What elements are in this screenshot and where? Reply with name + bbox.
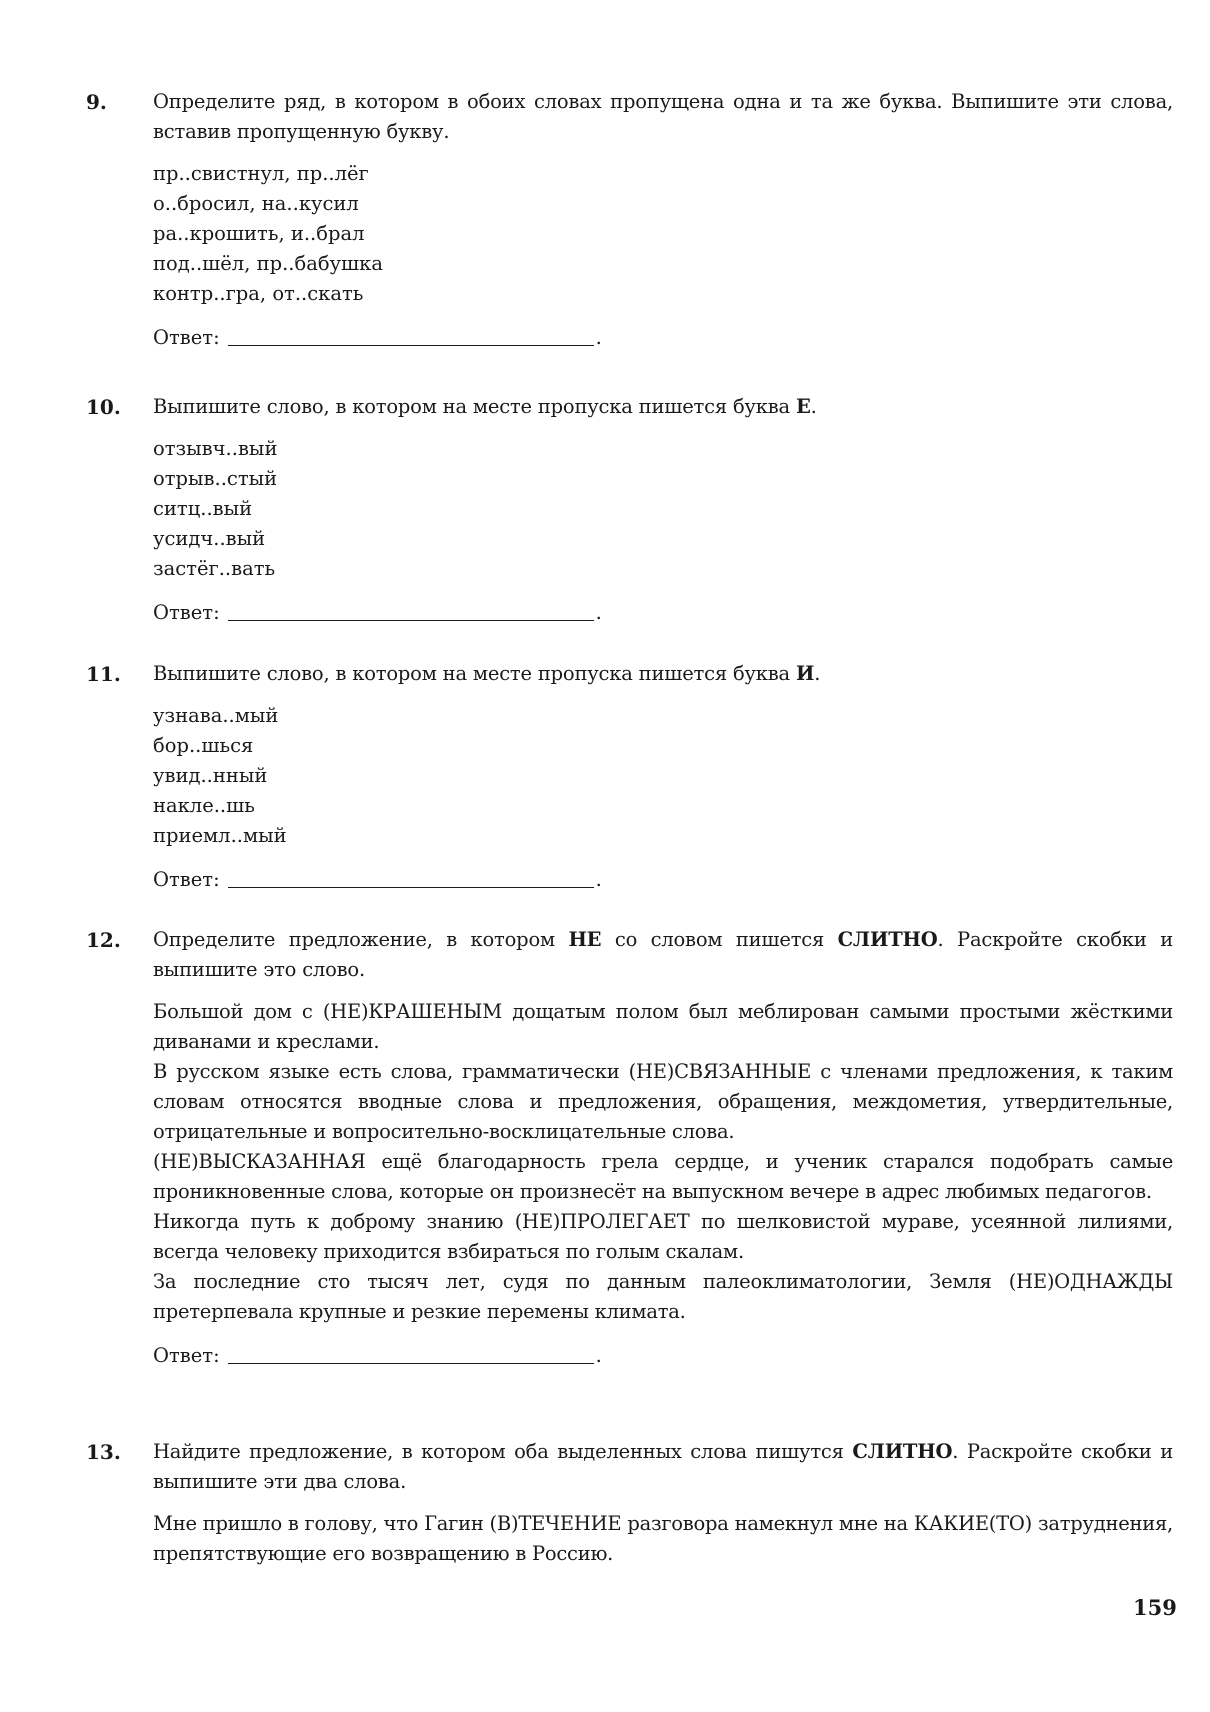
option-item: под..шёл, пр..бабушка [153, 249, 1173, 279]
answer-label: Ответ: [153, 1341, 220, 1371]
task-10: 10. Выпишите слово, в котором на месте п… [86, 392, 1176, 628]
task-12: 12. Определите предложение, в котором НЕ… [86, 925, 1176, 1371]
answer-field[interactable] [228, 1363, 594, 1364]
answer-row: Ответ: . [153, 598, 1173, 628]
option-item: усидч..вый [153, 524, 1173, 554]
prompt-text: со словом пишется [601, 928, 837, 951]
answer-label: Ответ: [153, 598, 220, 628]
task-prompt: Выпишите слово, в котором на месте пропу… [153, 392, 1173, 422]
option-item: бор..шься [153, 731, 1173, 761]
option-item: приемл..мый [153, 821, 1173, 851]
answer-terminator: . [596, 598, 602, 628]
textbook-page: 9. Определите ряд, в котором в обоих сло… [0, 0, 1210, 1712]
task-number: 9. [86, 87, 107, 117]
sentence-list: Мне пришло в голову, что Гагин (В)ТЕЧЕНИ… [153, 1509, 1173, 1569]
prompt-emphasis: И [796, 662, 814, 685]
answer-label: Ответ: [153, 865, 220, 895]
prompt-emphasis: НЕ [568, 928, 601, 951]
answer-field[interactable] [228, 345, 594, 346]
sentence-list: Большой дом с (НЕ)КРАШЕНЫМ дощатым полом… [153, 997, 1173, 1327]
prompt-text: . [811, 395, 817, 418]
sentence-item: Никогда путь к доброму знанию (НЕ)ПРОЛЕГ… [153, 1207, 1173, 1267]
prompt-text: Выпишите слово, в котором на месте пропу… [153, 662, 796, 685]
answer-row: Ответ: . [153, 865, 1173, 895]
prompt-text: . [814, 662, 820, 685]
answer-field[interactable] [228, 887, 594, 888]
task-prompt: Определите предложение, в котором НЕ со … [153, 925, 1173, 985]
answer-row: Ответ: . [153, 1341, 1173, 1371]
answer-terminator: . [596, 865, 602, 895]
option-item: отзывч..вый [153, 434, 1173, 464]
answer-field[interactable] [228, 620, 594, 621]
option-list: отзывч..вый отрыв..стый ситц..вый усидч.… [153, 434, 1173, 584]
option-item: узнава..мый [153, 701, 1173, 731]
task-prompt: Выпишите слово, в котором на месте пропу… [153, 659, 1173, 689]
option-item: застёг..вать [153, 554, 1173, 584]
option-item: о..бросил, на..кусил [153, 189, 1173, 219]
option-item: отрыв..стый [153, 464, 1173, 494]
prompt-text: Определите предложение, в котором [153, 928, 568, 951]
prompt-text: Выпишите слово, в котором на месте пропу… [153, 395, 796, 418]
task-prompt: Найдите предложение, в котором оба выдел… [153, 1437, 1173, 1497]
option-item: накле..шь [153, 791, 1173, 821]
sentence-item: Большой дом с (НЕ)КРАШЕНЫМ дощатым полом… [153, 997, 1173, 1057]
answer-row: Ответ: . [153, 323, 1173, 353]
option-item: пр..свистнул, пр..лёг [153, 159, 1173, 189]
task-prompt: Определите ряд, в котором в обоих словах… [153, 87, 1173, 147]
option-list: узнава..мый бор..шься увид..нный накле..… [153, 701, 1173, 851]
page-number: 159 [1133, 1595, 1177, 1620]
answer-terminator: . [596, 1341, 602, 1371]
sentence-item: В русском языке есть слова, грамматическ… [153, 1057, 1173, 1147]
task-number: 13. [86, 1437, 121, 1467]
task-number: 12. [86, 925, 121, 955]
option-item: ситц..вый [153, 494, 1173, 524]
sentence-item: Мне пришло в голову, что Гагин (В)ТЕЧЕНИ… [153, 1509, 1173, 1569]
option-list: пр..свистнул, пр..лёг о..бросил, на..кус… [153, 159, 1173, 309]
task-11: 11. Выпишите слово, в котором на месте п… [86, 659, 1176, 895]
option-item: контр..гра, от..скать [153, 279, 1173, 309]
task-number: 10. [86, 392, 121, 422]
prompt-text: Найдите предложение, в котором оба выдел… [153, 1440, 852, 1463]
option-item: увид..нный [153, 761, 1173, 791]
option-item: ра..крошить, и..брал [153, 219, 1173, 249]
task-13: 13. Найдите предложение, в котором оба в… [86, 1437, 1176, 1569]
prompt-emphasis: Е [796, 395, 811, 418]
answer-terminator: . [596, 323, 602, 353]
sentence-item: За последние сто тысяч лет, судя по данн… [153, 1267, 1173, 1327]
sentence-item: (НЕ)ВЫСКАЗАННАЯ ещё благодарность грела … [153, 1147, 1173, 1207]
prompt-emphasis: СЛИТНО [838, 928, 938, 951]
task-9: 9. Определите ряд, в котором в обоих сло… [86, 87, 1176, 353]
answer-label: Ответ: [153, 323, 220, 353]
task-number: 11. [86, 659, 121, 689]
prompt-emphasis: СЛИТНО [852, 1440, 952, 1463]
